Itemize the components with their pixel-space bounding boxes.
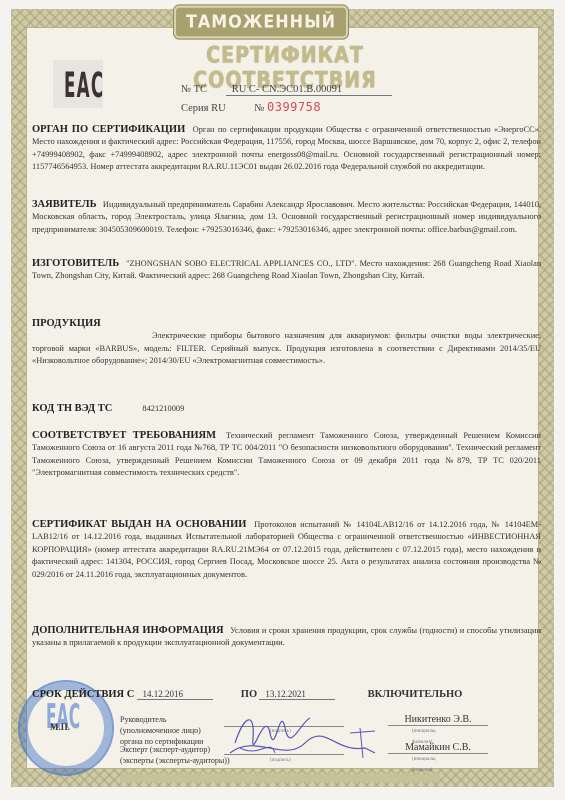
section-heading: ОРГАН ПО СЕРТИФИКАЦИИ [32, 124, 185, 135]
customs-union-title: ТАМОЖЕННЫЙ СОЮЗ [174, 6, 348, 39]
validity-period: СРОК ДЕЙСТВИЯ С 14.12.2016 ПО 13.12.2021… [32, 689, 462, 700]
number-label: № [254, 103, 264, 114]
tc-number-line: № ТС RU C- CN.ЭС01.B.00091 [181, 84, 392, 96]
expert-name-caption: (инициалы, фамилия) [412, 754, 436, 776]
validity-to-date: 13.12.2021 [259, 689, 335, 700]
section-heading: КОД ТН ВЭД ТС [32, 403, 112, 414]
serial-number: 0399758 [267, 100, 321, 114]
validity-from-date: 14.12.2016 [137, 689, 213, 700]
section-heading: СЕРТИФИКАТ ВЫДАН НА ОСНОВАНИИ [32, 519, 246, 530]
validity-to-label: ПО [241, 689, 257, 700]
tc-number: RU C- CN.ЭС01.B.00091 [226, 84, 392, 96]
section-text: Электрические приборы бытового назначени… [32, 330, 541, 367]
section-applicant: ЗАЯВИТЕЛЬ Индивидуальный предприниматель… [32, 199, 541, 236]
section-issue-basis: СЕРТИФИКАТ ВЫДАН НА ОСНОВАНИИ Протоколов… [32, 519, 541, 581]
section-text: Индивидуальный предприниматель Сарабин А… [32, 200, 541, 234]
eac-logo-icon: EAC [64, 66, 104, 106]
section-heading: СООТВЕТСТВУЕТ ТРЕБОВАНИЯМ [32, 430, 216, 441]
section-certification-body: ОРГАН ПО СЕРТИФИКАЦИИ Орган по сертифика… [32, 124, 541, 174]
section-heading: ДОПОЛНИТЕЛЬНАЯ ИНФОРМАЦИЯ [32, 625, 224, 636]
section-manufacturer: ИЗГОТОВИТЕЛЬ "ZHONGSHAN SOBO ELECTRICAL … [32, 258, 541, 283]
expert-role: Эксперт (эксперт-аудитор) (эксперты (экс… [120, 744, 230, 766]
handwritten-signature-icon [225, 703, 395, 763]
section-requirements: СООТВЕТСТВУЕТ ТРЕБОВАНИЯМ Технический ре… [32, 430, 541, 480]
validity-inclusive-label: ВКЛЮЧИТЕЛЬНО [368, 689, 463, 700]
section-additional-info: ДОПОЛНИТЕЛЬНАЯ ИНФОРМАЦИЯ Условия и срок… [32, 625, 541, 650]
head-name: Никитенко Э.В. [388, 714, 488, 726]
printer-imprint-strip [120, 774, 440, 782]
section-heading: ЗАЯВИТЕЛЬ [32, 199, 97, 210]
validity-from-label: СРОК ДЕЙСТВИЯ С [32, 689, 134, 700]
expert-signature-row: Эксперт (эксперт-аудитор) (эксперты (экс… [120, 744, 230, 766]
section-heading: ИЗГОТОВИТЕЛЬ [32, 258, 119, 269]
tc-label: № ТС [181, 84, 207, 95]
series-label: Серия [181, 103, 209, 114]
series-line: Серия RU № 0399758 [181, 100, 321, 114]
hs-code-value: 8421210009 [142, 404, 184, 413]
expert-name: Мамайкин С.В. [388, 742, 488, 754]
stamp-place-label: М.П. [50, 722, 70, 732]
head-signature-row: Руководитель (уполномоченное лицо) орган… [120, 714, 220, 747]
series-value: RU [211, 103, 226, 114]
section-hs-code: КОД ТН ВЭД ТС 8421210009 [32, 403, 541, 415]
section-heading: ПРОДУКЦИЯ [32, 318, 101, 329]
head-role: Руководитель (уполномоченное лицо) орган… [120, 714, 220, 747]
section-product: ПРОДУКЦИЯ Электрические приборы бытового… [32, 318, 541, 368]
